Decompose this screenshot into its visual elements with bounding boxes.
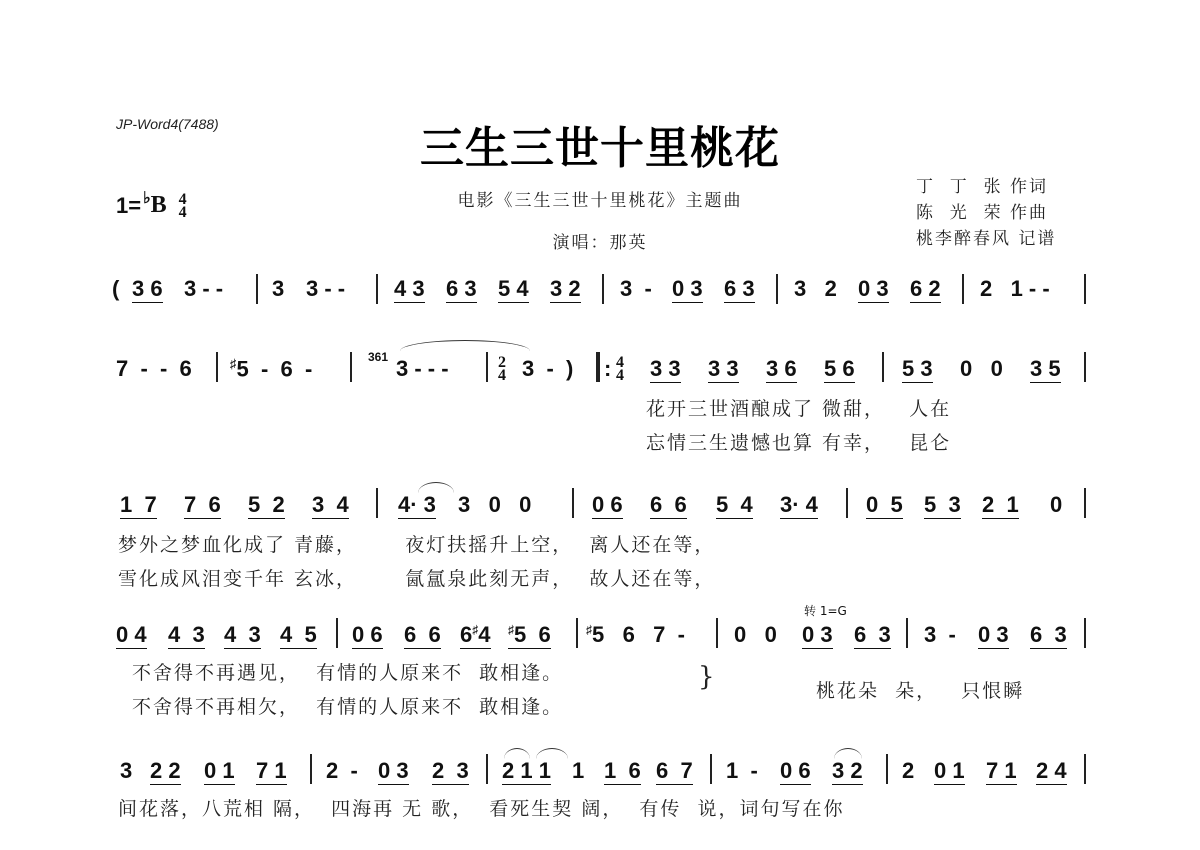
barline (376, 488, 378, 518)
barline (256, 274, 258, 304)
notation-line: 0 4 4 3 4 3 4 5 0 6 6 6 6♯4 ♯5 6 ♯5 6 7 … (112, 622, 136, 652)
song-title: 三生三世十里桃花 (0, 112, 1200, 176)
score-row-5: 3 2 2 0 1 7 1 2 - 0 3 2 3 2 1 1 1 1 6 6 … (112, 758, 1092, 828)
barline (310, 754, 312, 784)
tie (504, 748, 530, 759)
barline (572, 488, 574, 518)
notation-line: 3 2 2 0 1 7 1 2 - 0 3 2 3 2 1 1 1 1 6 6 … (112, 758, 136, 788)
barline (1084, 274, 1086, 304)
barline (486, 754, 488, 784)
barline (886, 754, 888, 784)
lyric-merged: 桃花朵 朵， 只恨瞬 (816, 676, 1024, 703)
transcriber-credit: 桃李醉春风 记谱 (916, 226, 1056, 252)
barline (882, 352, 884, 382)
barline (846, 488, 848, 518)
lyric-verse-2: 忘情三生遗憾也算 有幸， 昆仑 (646, 428, 951, 455)
score-row-3: 1 7 7 6 5 2 3 4 4· 3 3 0 0 0 6 6 6 5 4 3… (112, 492, 1092, 592)
barline (1084, 352, 1086, 382)
barline (350, 352, 352, 382)
barline (1084, 488, 1086, 518)
barline (376, 274, 378, 304)
barline (576, 618, 578, 648)
lyricist-credit: 丁 丁 张 作词 (916, 174, 1056, 200)
tie (418, 482, 454, 493)
barline (1084, 618, 1086, 648)
notation-line: 1 7 7 6 5 2 3 4 4· 3 3 0 0 0 6 6 6 5 4 3… (112, 492, 136, 522)
repeat-barline (596, 352, 600, 382)
barline (716, 618, 718, 648)
lyric-verse-1: 不舍得不再遇见， 有情的人原来不 敢相逢。 (132, 658, 563, 685)
barline (906, 618, 908, 648)
time-change-2-4: 24 (498, 356, 506, 382)
barline (1084, 754, 1086, 784)
score-row-1: ( 3 6 3 - - 3 3 - - 4 3 6 3 5 4 3 2 3 - … (112, 276, 1092, 316)
lyric-verse-2: 雪化成风泪变千年 玄冰， 氤氲泉此刻无声， 故人还在等， (118, 564, 715, 591)
score-row-4: 转 1=G 0 4 4 3 4 3 4 5 0 6 6 6 6♯4 ♯5 6 ♯… (112, 622, 1092, 722)
tie (536, 748, 568, 759)
lyric-verse-1: 间花落，八荒相 隔， 四海再 无 歌， 看死生契 阔， 有传 说，词句写在你 (118, 794, 844, 821)
barline (336, 618, 338, 648)
tie (400, 340, 530, 351)
barline (486, 352, 488, 382)
credits: 丁 丁 张 作词 陈 光 荣 作曲 桃李醉春风 记谱 (916, 174, 1056, 252)
barline (962, 274, 964, 304)
lyric-verse-2: 不舍得不再相欠， 有情的人原来不 敢相逢。 (132, 692, 563, 719)
score-row-2: 7 - - 6 ♯5 - 6 - 361 3 - - - 24 3 - ) : … (112, 356, 1092, 456)
notation-line: 7 - - 6 ♯5 - 6 - 361 3 - - - 24 3 - ) : … (112, 356, 136, 386)
barline (602, 274, 604, 304)
barline (216, 352, 218, 382)
time-change-4-4: 44 (616, 356, 624, 382)
modulation-annotation: 转 1=G (804, 602, 847, 619)
lyric-verse-1: 梦外之梦血化成了 青藤， 夜灯扶摇升上空， 离人还在等， (118, 530, 715, 557)
tie (834, 748, 862, 759)
barline (776, 274, 778, 304)
composer-credit: 陈 光 荣 作曲 (916, 200, 1056, 226)
lyric-verse-1: 花开三世酒酿成了 微甜， 人在 (646, 394, 951, 421)
barline (710, 754, 712, 784)
verse-brace: } (698, 662, 717, 692)
notation-line: ( 3 6 3 - - 3 3 - - 4 3 6 3 5 4 3 2 3 - … (112, 276, 136, 306)
